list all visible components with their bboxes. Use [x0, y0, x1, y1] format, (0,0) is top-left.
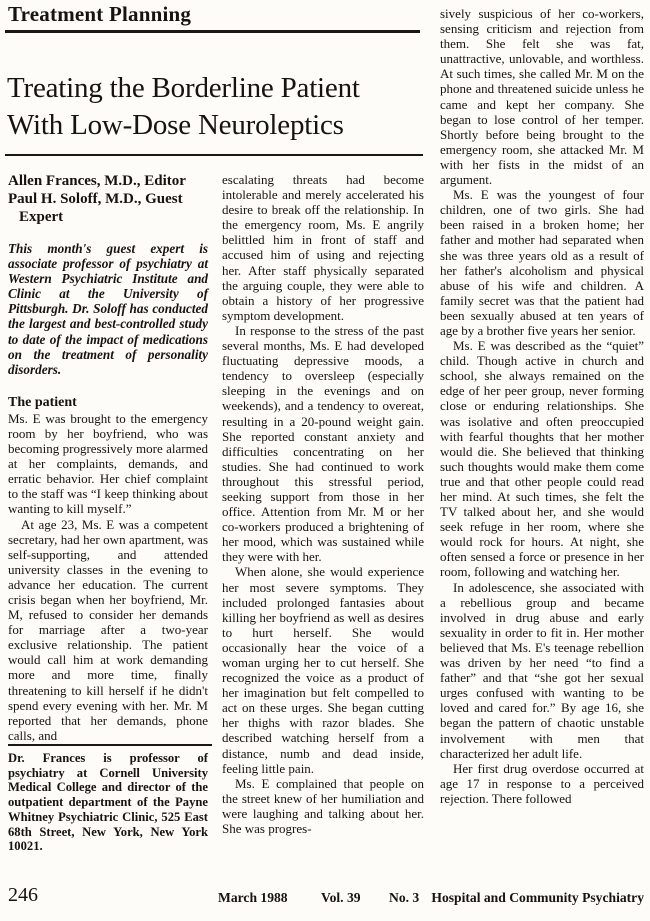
section-kicker: Treatment Planning [8, 2, 191, 27]
guest-expert-note: This month's guest expert is associate p… [8, 241, 208, 377]
journal-name: Hospital and Community Psychiatry [431, 890, 644, 906]
paragraph: In adolescence, she associated with a re… [440, 580, 644, 761]
paragraph: Ms. E was brought to the emergency room … [8, 411, 208, 517]
left-column: Allen Frances, M.D., Editor Paul H. Solo… [8, 172, 208, 743]
kicker-rule [5, 30, 420, 33]
paragraph: At age 23, Ms. E was a competent secreta… [8, 517, 208, 743]
paragraph: Her first drug overdose occurred at age … [440, 761, 644, 806]
author-line-guest: Paul H. Soloff, M.D., Guest [8, 190, 208, 208]
paragraph: Ms. E was the youngest of four children,… [440, 187, 644, 338]
footnote-rule [8, 744, 212, 746]
paragraph: In response to the stress of the past se… [222, 323, 424, 565]
author-line-guest-cont: Expert [8, 208, 208, 226]
article-title: Treating the Borderline PatientWith Low-… [7, 70, 360, 144]
footer-number: No. 3 [389, 890, 419, 906]
right-column: sively suspicious of her co-workers, sen… [440, 6, 644, 806]
footnote-text: Dr. Frances is professor of psychiatry a… [8, 751, 208, 854]
page-footer: 246 March 1988 Vol. 39 No. 3 Hospital an… [0, 884, 650, 916]
page-number: 246 [8, 884, 38, 907]
journal-page: Treatment Planning Treating the Borderli… [0, 0, 650, 921]
article-title-line2: With Low-Dose Neuroleptics [7, 109, 344, 141]
section-heading-the-patient: The patient [8, 394, 208, 411]
paragraph: sively suspicious of her co-workers, sen… [440, 6, 644, 187]
footer-volume: Vol. 39 [321, 890, 361, 906]
author-footnote: Dr. Frances is professor of psychiatry a… [8, 744, 212, 854]
title-rule [5, 154, 423, 156]
middle-column: escalating threats had become intolerabl… [222, 172, 424, 836]
author-line-editor: Allen Frances, M.D., Editor [8, 172, 208, 190]
paragraph: Ms. E was described as the “quiet” child… [440, 338, 644, 580]
paragraph: When alone, she would experience her mos… [222, 564, 424, 775]
footer-issue-date: March 1988 [218, 890, 288, 906]
article-title-line1: Treating the Borderline Patient [7, 72, 360, 104]
author-block: Allen Frances, M.D., Editor Paul H. Solo… [8, 172, 208, 226]
paragraph: escalating threats had become intolerabl… [222, 172, 424, 323]
paragraph: Ms. E complained that people on the stre… [222, 776, 424, 836]
